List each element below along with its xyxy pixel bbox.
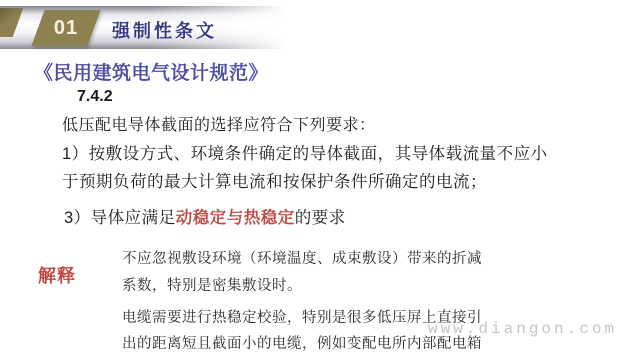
clause-number: 7.4.2 bbox=[77, 88, 113, 106]
explanation-paragraph-1-line-2: 系数，特别是密集敷设时。 bbox=[122, 273, 482, 300]
chapter-number: 01 bbox=[54, 17, 78, 40]
explanation-paragraph-2: 电缆需要进行热稳定校验，特别是很多低压屏上直接引 出的距离短且截面小的电缆，例如… bbox=[122, 305, 482, 357]
explanation-paragraph-1-line-1: 不应忽视敷设环境（环境温度、成束敷设）带来的折减 bbox=[122, 246, 482, 273]
requirement-item-3-highlight: 动稳定与热稳定 bbox=[176, 209, 295, 227]
book-title: 《民用建筑电气设计规范》 bbox=[34, 58, 268, 85]
explanation-paragraph-2-line-1: 电缆需要进行热稳定校验，特别是很多低压屏上直接引 bbox=[122, 305, 482, 331]
requirement-item-1-line-1: 1）按敷设方式、环境条件确定的导体截面，其导体载流量不应小 bbox=[62, 140, 548, 168]
requirement-item-1: 1）按敷设方式、环境条件确定的导体截面，其导体载流量不应小 于预期负荷的最大计算… bbox=[62, 140, 548, 196]
requirement-item-1-line-2: 于预期负荷的最大计算电流和按保护条件所确定的电流； bbox=[62, 168, 548, 196]
header-title: 强制性条文 bbox=[112, 17, 217, 43]
intro-text: 低压配电导体截面的选择应符合下列要求： bbox=[62, 112, 376, 135]
requirement-item-3: 3）导体应满足动稳定与热稳定的要求 bbox=[64, 204, 346, 228]
explanation-paragraph-1: 不应忽视敷设环境（环境温度、成束敷设）带来的折减 系数，特别是密集敷设时。 bbox=[122, 246, 482, 300]
slide: 01 强制性条文 《民用建筑电气设计规范》 7.4.2 低压配电导体截面的选择应… bbox=[0, 0, 640, 361]
explanation-paragraph-2-line-2: 出的距离短且截面小的电缆，例如变配电所内部配电箱 bbox=[122, 331, 482, 357]
requirement-item-3-prefix: 3）导体应满足 bbox=[64, 209, 176, 227]
requirement-item-3-suffix: 的要求 bbox=[295, 209, 346, 227]
explanation-label: 解释 bbox=[38, 262, 76, 288]
